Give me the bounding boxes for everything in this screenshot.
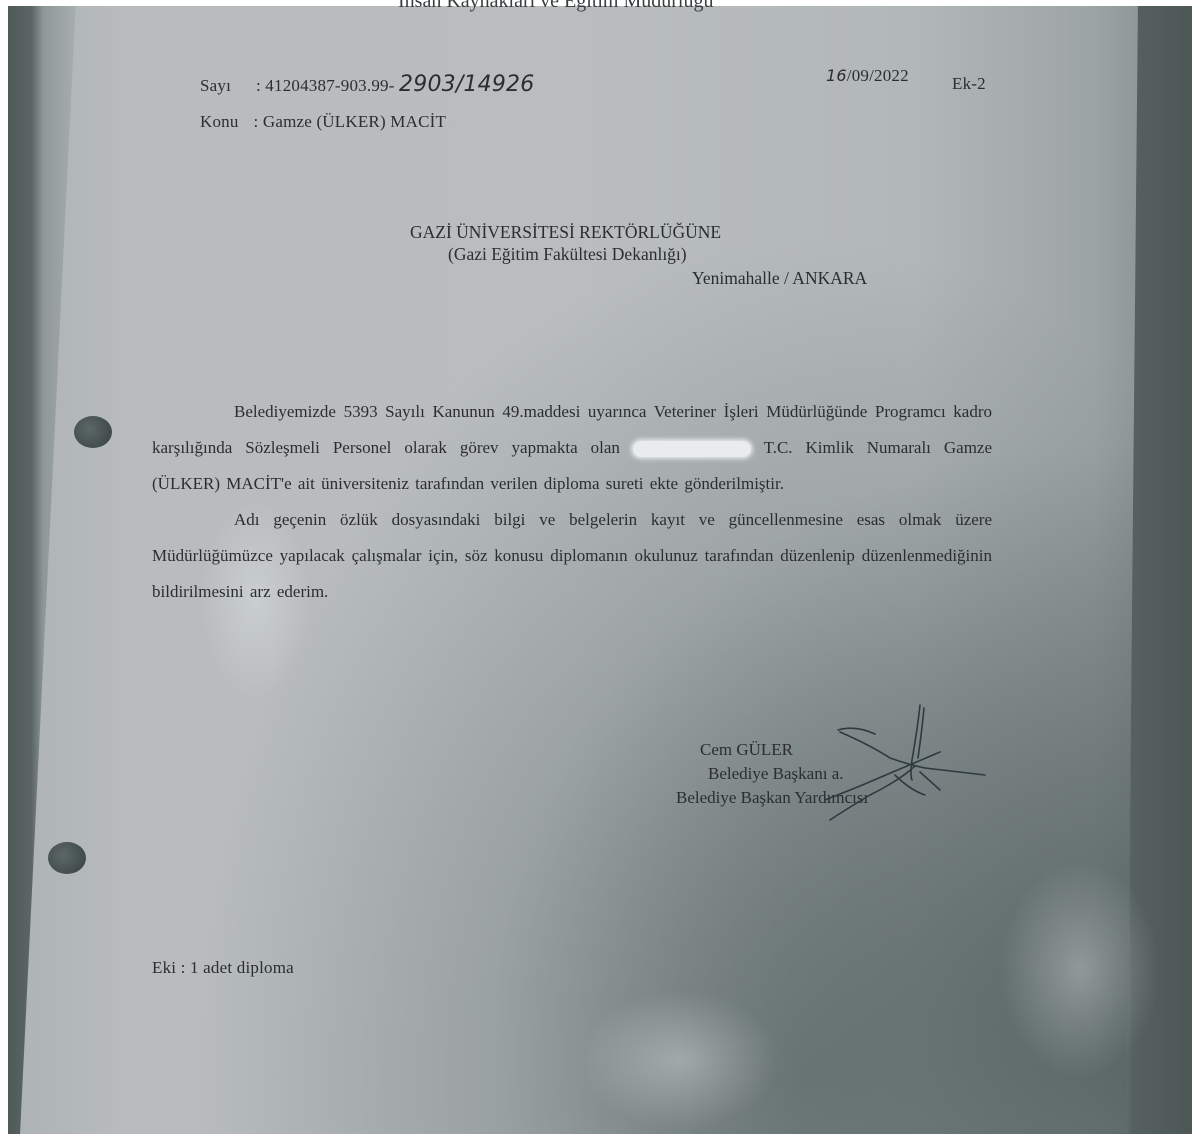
handwritten-signature <box>800 700 1000 830</box>
letter-body: Belediyemizde 5393 Sayılı Kanunun 49.mad… <box>152 394 992 610</box>
date-printed-rest: /09/2022 <box>847 66 909 85</box>
signatory-name: Cem GÜLER <box>700 740 793 760</box>
recipient-line-1: GAZİ ÜNİVERSİTESİ REKTÖRLÜĞÜNE <box>410 222 721 243</box>
subject-label: Konu <box>200 112 239 131</box>
reference-line: Sayı : 41204387-903.99- 2903/14926 <box>200 72 534 97</box>
paragraph-1: Belediyemizde 5393 Sayılı Kanunun 49.mad… <box>152 394 992 502</box>
reference-handwritten-number: 2903/14926 <box>399 72 534 97</box>
cut-off-department-header: İnsan Kaynakları ve Eğitim Müdürlüğü <box>398 0 714 13</box>
paragraph-2: Adı geçenin özlük dosyasındaki bilgi ve … <box>152 502 992 610</box>
document-date: 16/09/2022 <box>826 66 909 86</box>
annex-tag: Ek-2 <box>952 74 986 94</box>
subject-value: : Gamze (ÜLKER) MACİT <box>253 112 446 131</box>
glare-spot <box>580 990 780 1130</box>
redacted-id-number <box>633 441 751 457</box>
attachment-note: Eki : 1 adet diploma <box>152 958 294 978</box>
reference-label: Sayı <box>200 76 231 95</box>
date-handwritten-day: 16 <box>826 66 847 85</box>
punch-hole-lower <box>48 842 86 874</box>
reference-printed-number: : 41204387-903.99- <box>256 76 395 95</box>
glare-spot <box>1000 860 1160 1080</box>
recipient-line-3: Yenimahalle / ANKARA <box>692 268 867 289</box>
punch-hole-upper <box>74 416 112 448</box>
recipient-line-2: (Gazi Eğitim Fakültesi Dekanlığı) <box>448 244 687 265</box>
subject-line: Konu : Gamze (ÜLKER) MACİT <box>200 112 446 132</box>
